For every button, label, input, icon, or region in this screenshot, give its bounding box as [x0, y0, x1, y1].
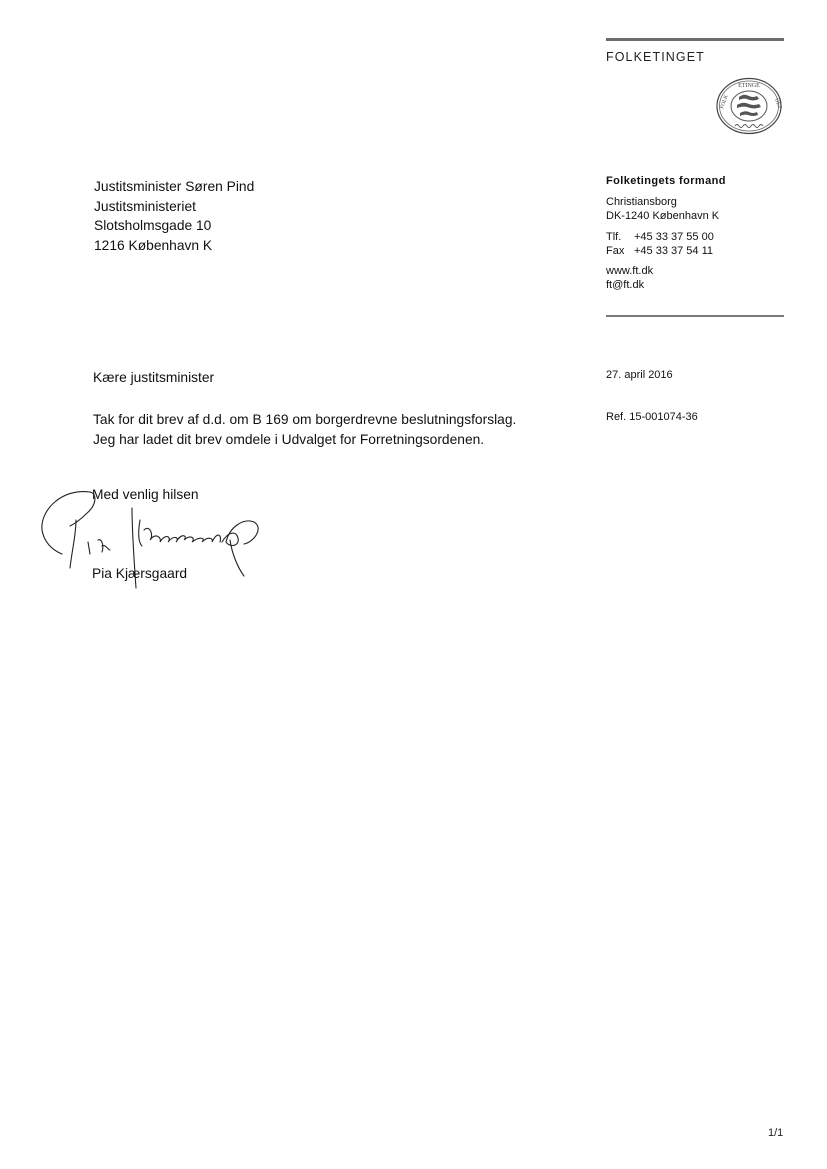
sender-address-line: DK-1240 København K: [606, 210, 719, 224]
reference-number: Ref. 15-001074-36: [606, 411, 698, 423]
fax-label: Fax: [606, 245, 634, 259]
organization-name: FOLKETINGET: [606, 50, 705, 64]
recipient-line: Justitsminister Søren Pind: [94, 177, 254, 197]
phone-value: +45 33 37 55 00: [634, 231, 714, 243]
sender-title: Folketingets formand: [606, 175, 726, 187]
svg-text:ETINGE: ETINGE: [738, 83, 760, 89]
greeting: Kære justitsminister: [93, 370, 214, 385]
sender-contact-numbers: Tlf.+45 33 37 55 00 Fax+45 33 37 54 11: [606, 231, 714, 258]
website-link[interactable]: www.ft.dk: [606, 265, 653, 279]
email-link[interactable]: ft@ft.dk: [606, 279, 653, 293]
letter-body: Tak for dit brev af d.d. om B 169 om bor…: [93, 410, 516, 449]
folketinget-seal-icon: ETINGE FOLK GET: [715, 77, 783, 135]
sender-divider: [606, 315, 784, 317]
fax-row: Fax+45 33 37 54 11: [606, 245, 714, 259]
sender-address: Christiansborg DK-1240 København K: [606, 196, 719, 223]
page-number: 1/1: [768, 1127, 783, 1139]
signer-name: Pia Kjærsgaard: [92, 566, 187, 581]
letter-date: 27. april 2016: [606, 369, 673, 381]
phone-label: Tlf.: [606, 231, 634, 245]
recipient-address: Justitsminister Søren Pind Justitsminist…: [94, 177, 254, 255]
svg-text:FOLK: FOLK: [719, 94, 730, 110]
sender-online: www.ft.dk ft@ft.dk: [606, 265, 653, 292]
handwritten-signature-icon: [32, 480, 282, 600]
top-divider: [606, 38, 784, 41]
body-line: Jeg har ladet dit brev omdele i Udvalget…: [93, 430, 516, 450]
sender-address-line: Christiansborg: [606, 196, 719, 210]
phone-row: Tlf.+45 33 37 55 00: [606, 231, 714, 245]
fax-value: +45 33 37 54 11: [634, 245, 713, 257]
recipient-line: 1216 København K: [94, 236, 254, 256]
recipient-line: Slotsholmsgade 10: [94, 216, 254, 236]
recipient-line: Justitsministeriet: [94, 197, 254, 217]
body-line: Tak for dit brev af d.d. om B 169 om bor…: [93, 410, 516, 430]
